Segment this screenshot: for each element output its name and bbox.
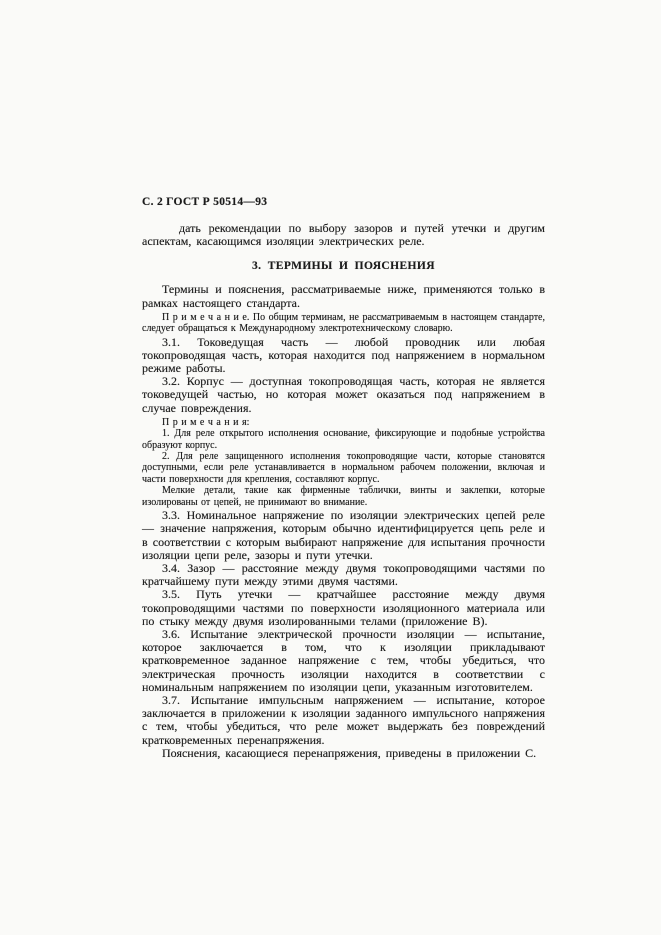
page-header: С. 2 ГОСТ Р 50514—93 bbox=[142, 196, 545, 208]
term-3-5-paragraph: 3.5. Путь утечки — кратчайшее расстояние… bbox=[142, 588, 545, 628]
term-3-1-paragraph: 3.1. Токоведущая часть — любой проводник… bbox=[142, 336, 545, 376]
term-3-6-paragraph: 3.6. Испытание электрической прочности и… bbox=[142, 628, 545, 694]
scanned-page: С. 2 ГОСТ Р 50514—93 дать рекомендации п… bbox=[0, 0, 661, 935]
note-item-2: 2. Для реле защищенного исполнения токоп… bbox=[142, 451, 545, 485]
terms-scope-paragraph: Термины и пояснения, рассматриваемые ниж… bbox=[142, 283, 545, 309]
closing-paragraph: Пояснения, касающиеся перенапряжения, пр… bbox=[142, 747, 545, 760]
notes-label: П р и м е ч а н и я: bbox=[142, 417, 545, 428]
term-3-4-paragraph: 3.4. Зазор — расстояние между двумя токо… bbox=[142, 562, 545, 588]
term-3-3-paragraph: 3.3. Номинальное напряжение по изоляции … bbox=[142, 509, 545, 562]
note-block-single: П р и м е ч а н и е. По общим терминам, … bbox=[142, 312, 545, 335]
term-3-7-paragraph: 3.7. Испытание импульсным напряжением — … bbox=[142, 694, 545, 747]
page-content: С. 2 ГОСТ Р 50514—93 дать рекомендации п… bbox=[142, 196, 545, 760]
note-single-paragraph: П р и м е ч а н и е. По общим терминам, … bbox=[142, 312, 545, 335]
notes-block: П р и м е ч а н и я: 1. Для реле открыто… bbox=[142, 417, 545, 508]
section-heading: 3. ТЕРМИНЫ И ПОЯСНЕНИЯ bbox=[142, 260, 545, 272]
note-item-3: Мелкие детали, такие как фирменные табли… bbox=[142, 485, 545, 508]
term-3-2-paragraph: 3.2. Корпус — доступная токопроводящая ч… bbox=[142, 375, 545, 415]
note-item-1: 1. Для реле открытого исполнения основан… bbox=[142, 428, 545, 451]
intro-paragraph: дать рекомендации по выбору зазоров и пу… bbox=[142, 222, 545, 248]
